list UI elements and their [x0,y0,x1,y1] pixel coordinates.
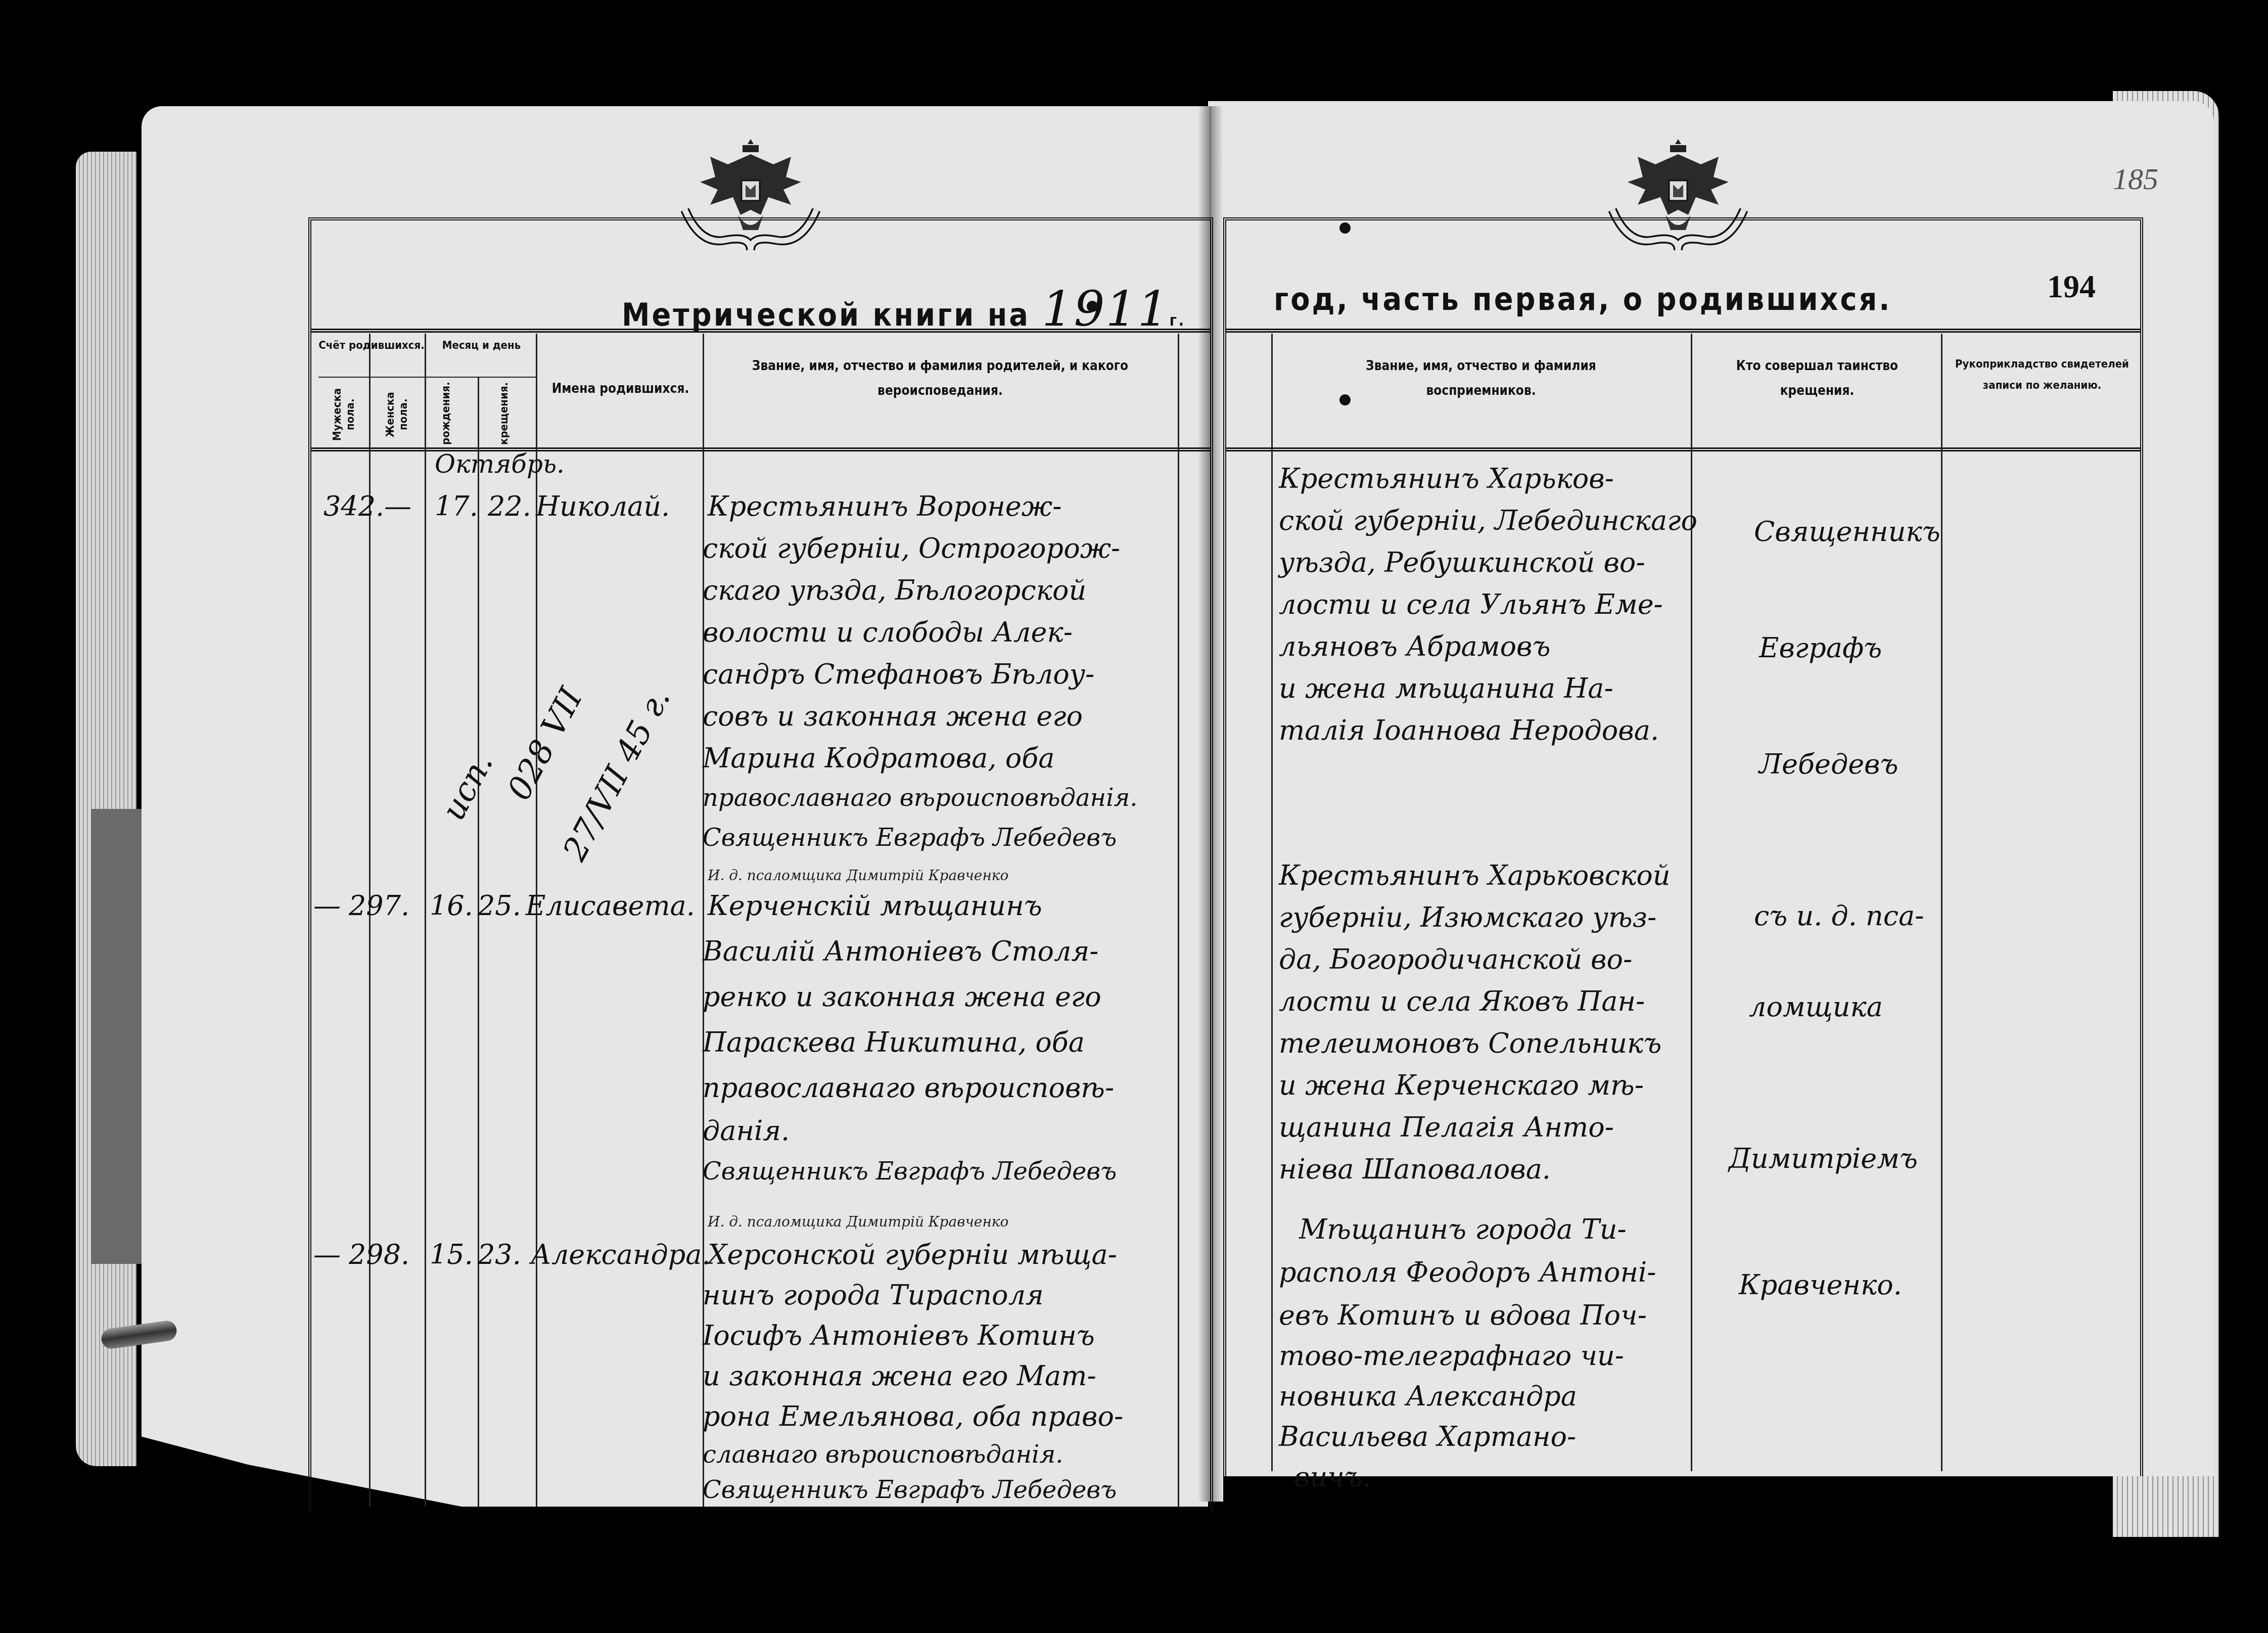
parents-line: Іосифъ Антоніевъ Котинъ [703,1314,1095,1357]
parents-line: православнаго вѣроисповѣданія. [703,779,1138,816]
godparents-line: льяновъ Абрамовъ [1279,625,1551,668]
header-male: Мужеска пола. [331,384,358,445]
godparents-line: и жена мѣщанина На- [1279,667,1613,710]
subheader-rule [427,377,536,378]
parents-line: ской губерніи, Острогорож- [703,527,1120,570]
header-godparents: Звание, имя, отчество и фамилия восприем… [1274,354,1688,404]
column-divider [478,377,479,1507]
header-signatures: Рукоприкладство свидетелей записи по жел… [1943,354,2141,396]
godparents-line: талія Іоаннова Неродова. [1279,709,1659,752]
column-divider [1941,334,1942,1471]
parents-line: славнаго вѣроисповѣданія. [703,1436,1063,1473]
header-officiant: Кто совершал таинство крещения. [1693,354,1941,404]
subheader-rule [318,377,435,378]
header-birth-date: рождения. [440,389,453,445]
godparents-line: Васильева Хартано- [1279,1416,1576,1458]
parents-line: рона Емельянова, оба право- [703,1395,1123,1438]
column-divider [425,334,426,1507]
officiant-line: съ и. д. пса- [1754,895,1924,937]
entry-number-male: — [313,885,341,927]
birth-day: 17. [435,485,478,528]
godparents-line: и жена Керченскаго мѣ- [1279,1064,1644,1107]
entry-note-above: И. д. псаломщика Димитрій Кравченко [708,865,1008,886]
entry-number-male: — [313,1234,341,1276]
officiant-line: Лебедевъ [1759,743,1899,786]
parents-line: данія. [703,1110,790,1152]
baptism-day: 25. [478,885,521,927]
header-parents: Звание, имя, отчество и фамилия родителе… [708,354,1173,404]
header-baptism-date: крещения. [498,389,511,445]
godparents-line: телеимоновъ Сопельникъ [1279,1022,1661,1065]
baptism-day: 23. [478,1234,521,1276]
header-child-names: Имена родившихся. [538,377,703,401]
baptism-day: 22. [488,485,531,528]
godparents-line: новника Александра [1279,1375,1577,1418]
child-name: Елисавета. [526,885,695,927]
child-name: Николай. [536,485,670,528]
child-name: Александра. [531,1234,711,1276]
archive-pencil-number: 185 [2113,162,2158,197]
officiant-line: Димитріемъ [1729,1138,1918,1180]
godparents-line: тово-телеграфнаго чи- [1279,1335,1624,1377]
priest-signature: Священникъ Евграфъ Лебедевъ [703,819,1117,856]
parents-line: и законная жена его Мат- [703,1355,1096,1397]
entry-number-male: 342. [323,485,384,528]
parents-line: ренко и законная жена его [703,976,1101,1018]
parents-line: совъ и законная жена его [703,695,1083,738]
parents-line: скаго уѣзда, Бѣлогорской [703,569,1086,612]
godparents-line: да, Богородичанской во- [1279,938,1632,981]
officiant-line: ломщика [1749,986,1883,1028]
godparents-line: вичъ. [1294,1456,1371,1499]
parents-line: нинъ города Тирасполя [703,1274,1044,1317]
godparents-line: щанина Пелагія Анто- [1279,1106,1614,1149]
parents-line: православнаго вѣроисповѣ- [703,1067,1114,1109]
binding-hole [1339,394,1351,405]
parents-line: Параскева Никитина, оба [703,1021,1085,1064]
left-edge-shadow [91,809,142,1264]
entry-note-above: И. д. псаломщика Димитрій Кравченко [708,1211,1008,1233]
godparents-line: лости и села Ульянъ Еме- [1279,583,1663,626]
officiant-line: Евграфъ [1759,627,1882,669]
column-divider [1178,334,1179,1507]
binding-hole [1087,301,1098,312]
godparents-line: губерніи, Изюмскаго уѣз- [1279,896,1656,939]
officiant-line: Кравченко. [1739,1264,1902,1306]
entry-number-female: 297. [349,885,409,927]
header-bottom-rule [1226,447,2141,451]
parents-line: Крестьянинъ Воронеж- [708,485,1061,528]
column-divider [1271,334,1273,1471]
header-female: Женска пола. [384,384,411,445]
entry-number-female: 298. [349,1234,409,1276]
godparents-line: ской губерніи, Лебединскаго [1279,500,1697,542]
godparents-line: располя Феодоръ Антоні- [1279,1251,1656,1294]
parents-line: волости и слободы Алек- [703,611,1073,654]
godparents-line: Крестьянинъ Харьков- [1279,458,1614,500]
header-birth-count: Счёт родившихся. [318,336,425,355]
officiant-line: Священникъ [1754,511,1940,553]
parents-line: Марина Кодратова, оба [703,737,1054,780]
godparents-line: евъ Котинъ и вдова Поч- [1279,1294,1647,1337]
birth-day: 15. [430,1234,473,1276]
header-top-rule [1226,329,2141,333]
birth-day: 16. [430,885,473,927]
entry-number-female: — [384,485,411,528]
binding-hole [1339,222,1351,234]
godparents-line: уѣзда, Ребушкинской во- [1279,541,1645,584]
header-month-day: Месяц и день [427,336,536,355]
godparents-line: Крестьянинъ Харьковской [1279,854,1671,897]
header-top-rule [311,329,1211,333]
priest-signature: Священникъ Евграфъ Лебедевъ [703,1471,1117,1509]
priest-signature: Священникъ Евграфъ Лебедевъ [703,1153,1117,1190]
parents-line: сандръ Стефановъ Бѣлоу- [703,653,1094,696]
godparents-line: лости и села Яковъ Пан- [1279,980,1645,1023]
month-heading: Октябрь. [435,445,565,484]
parents-line: Херсонской губерніи мѣща- [708,1234,1117,1276]
parents-line: Василій Антоніевъ Столя- [703,930,1098,973]
godparents-line: ніева Шаповалова. [1279,1148,1551,1191]
godparents-line: Мѣщанинъ города Ти- [1299,1208,1627,1251]
parents-line: Керченскій мѣщанинъ [708,885,1042,927]
